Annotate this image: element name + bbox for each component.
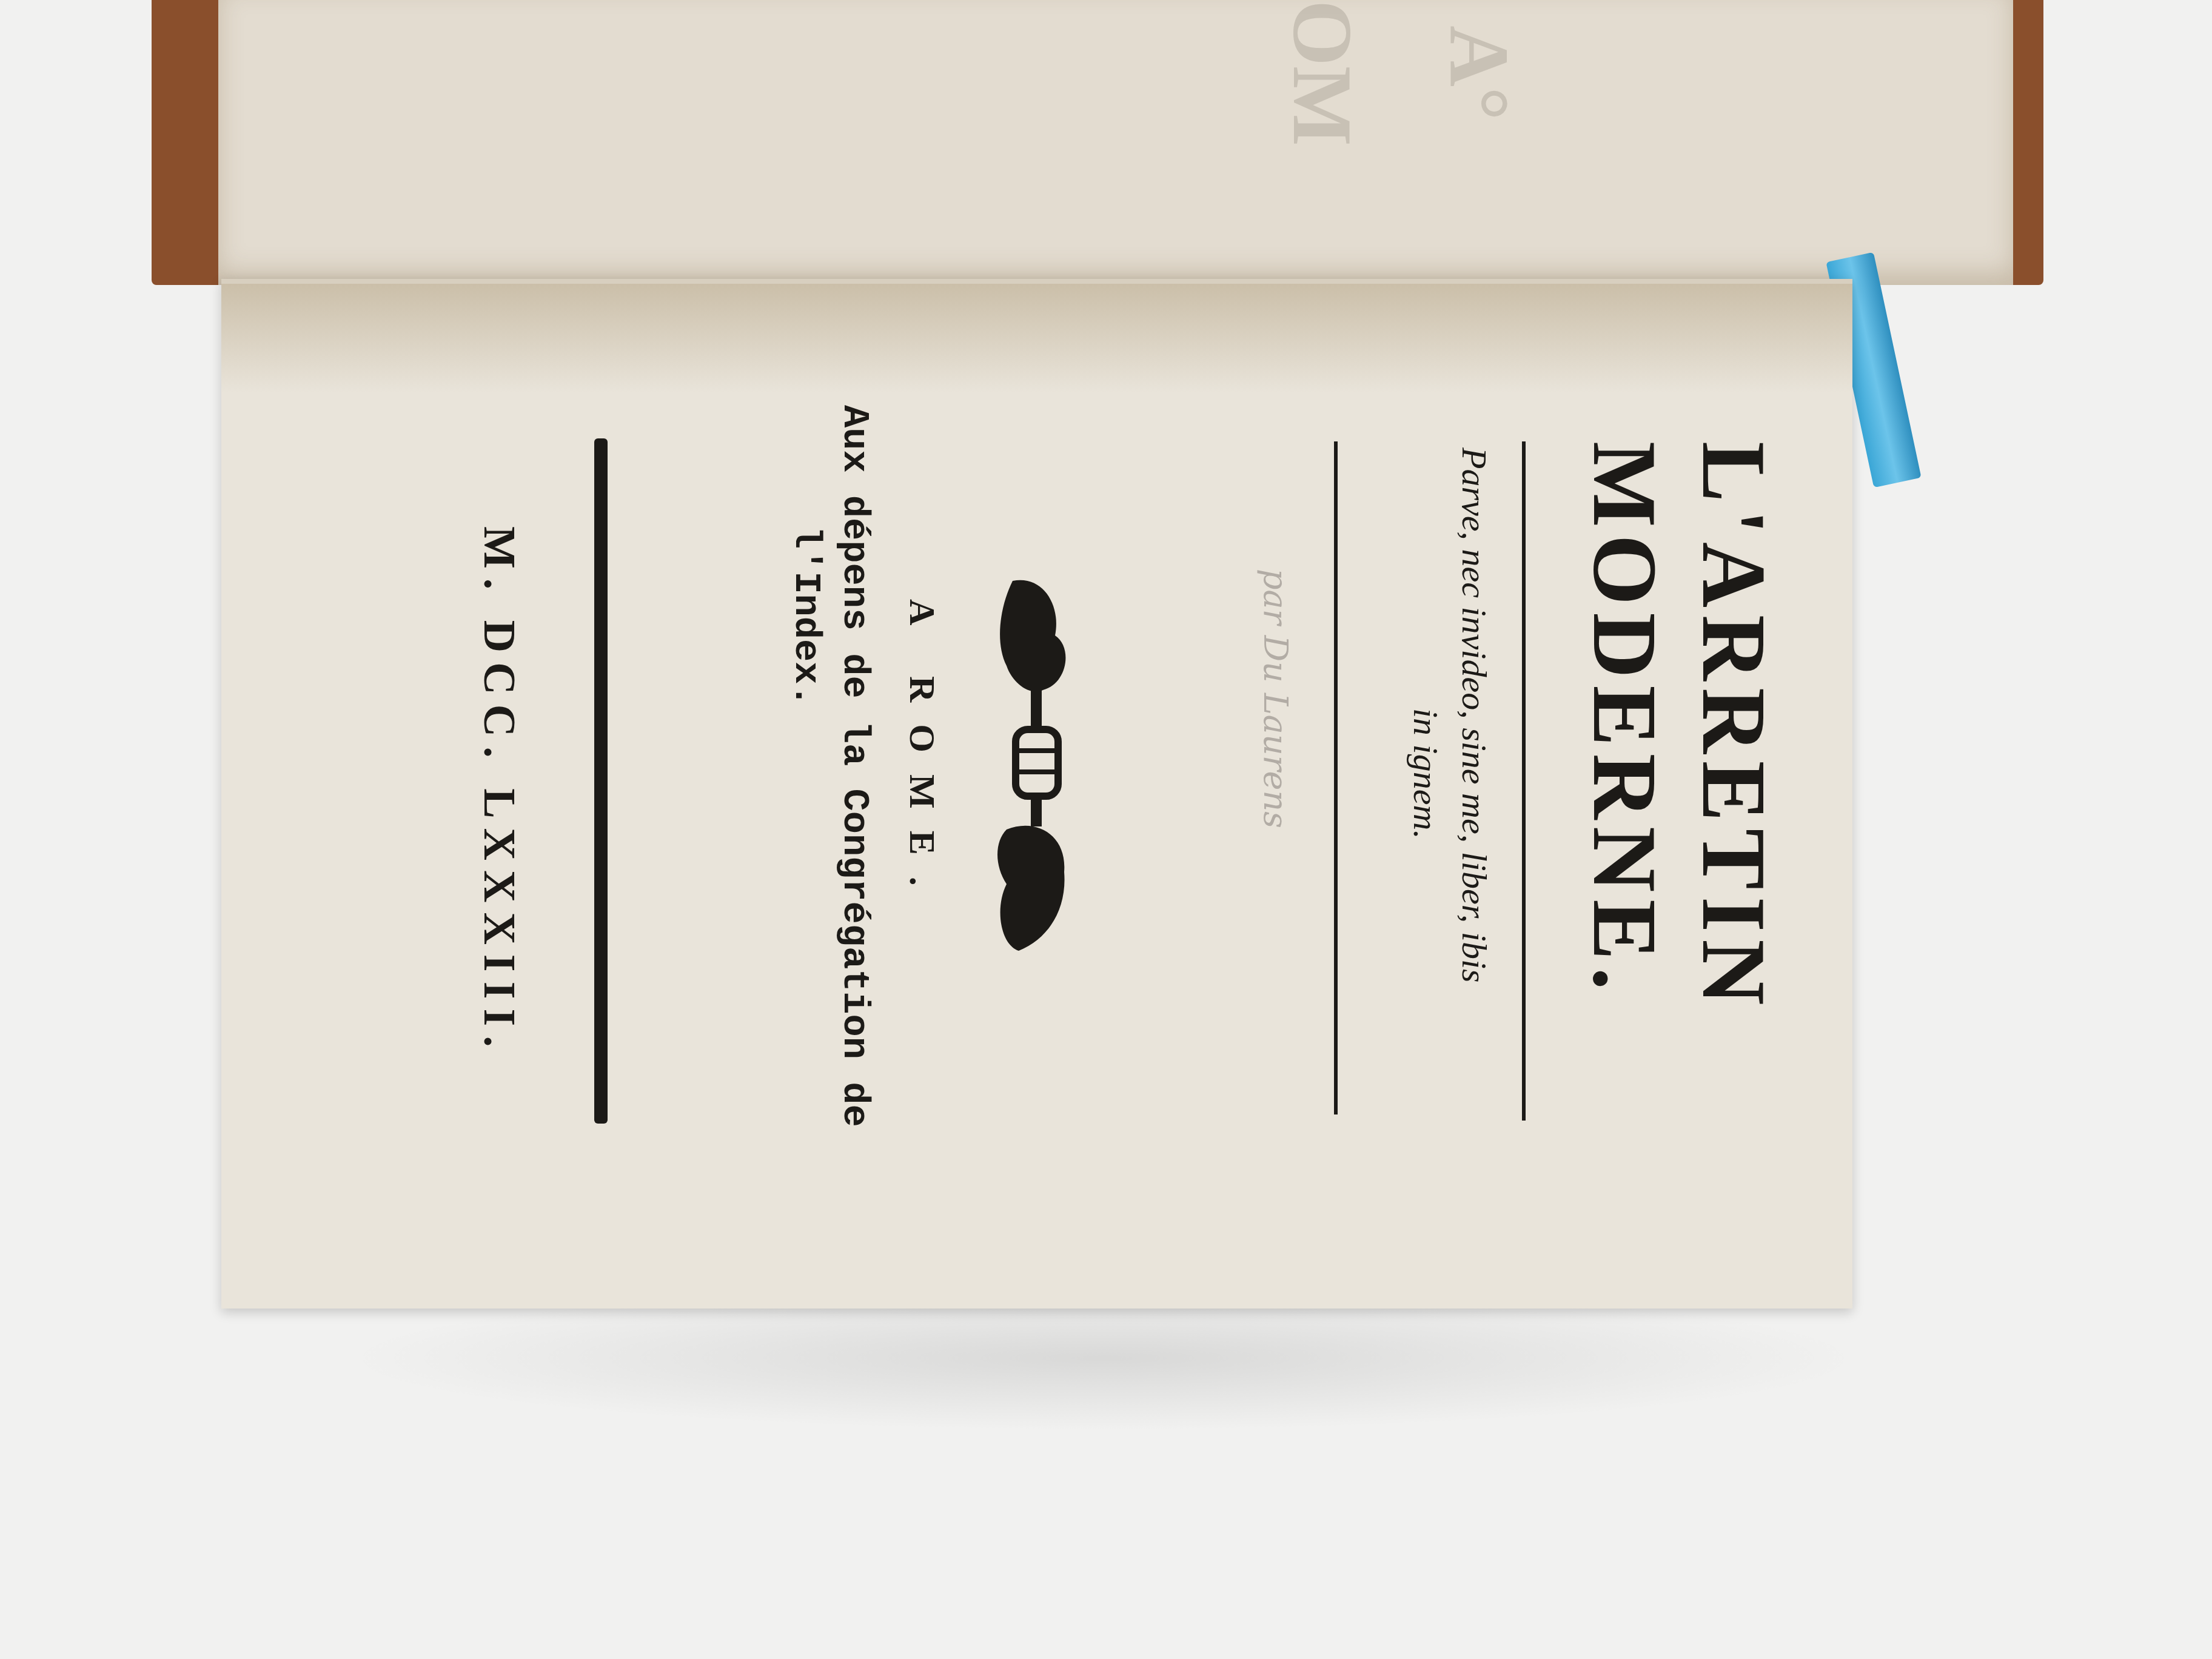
- motto-line-2: in ignem.: [1406, 708, 1446, 839]
- show-through-text: A°: [1430, 25, 1527, 121]
- rule-thick: [594, 438, 608, 1124]
- show-through-text: OM: [1273, 0, 1371, 146]
- cherubs-with-crown-ornament: [988, 569, 1079, 963]
- rule-top: [1522, 441, 1526, 1121]
- motto-line-1: Parve, nec invideo, sine me, liber, ibis: [1454, 447, 1495, 983]
- title-line-2: MODERNE.: [1572, 441, 1677, 997]
- imprint-line-2: l'Index.: [785, 526, 828, 707]
- pencil-annotation: par Du Laurens: [1256, 569, 1295, 828]
- page-gutter: [221, 284, 1852, 393]
- title-line-1: L'ARRETIN: [1681, 441, 1786, 1013]
- rule-middle: [1334, 441, 1338, 1114]
- facing-page: A° OM: [218, 0, 2013, 285]
- title-page: L'ARRETIN MODERNE. Parve, nec invideo, s…: [221, 279, 1852, 1309]
- publication-date: M. DCC. LXXXIII.: [473, 526, 525, 1057]
- imprint-line-1: Aux dépens de la Congrégation de: [833, 405, 876, 1127]
- place-of-publication: A ROME.: [901, 599, 943, 908]
